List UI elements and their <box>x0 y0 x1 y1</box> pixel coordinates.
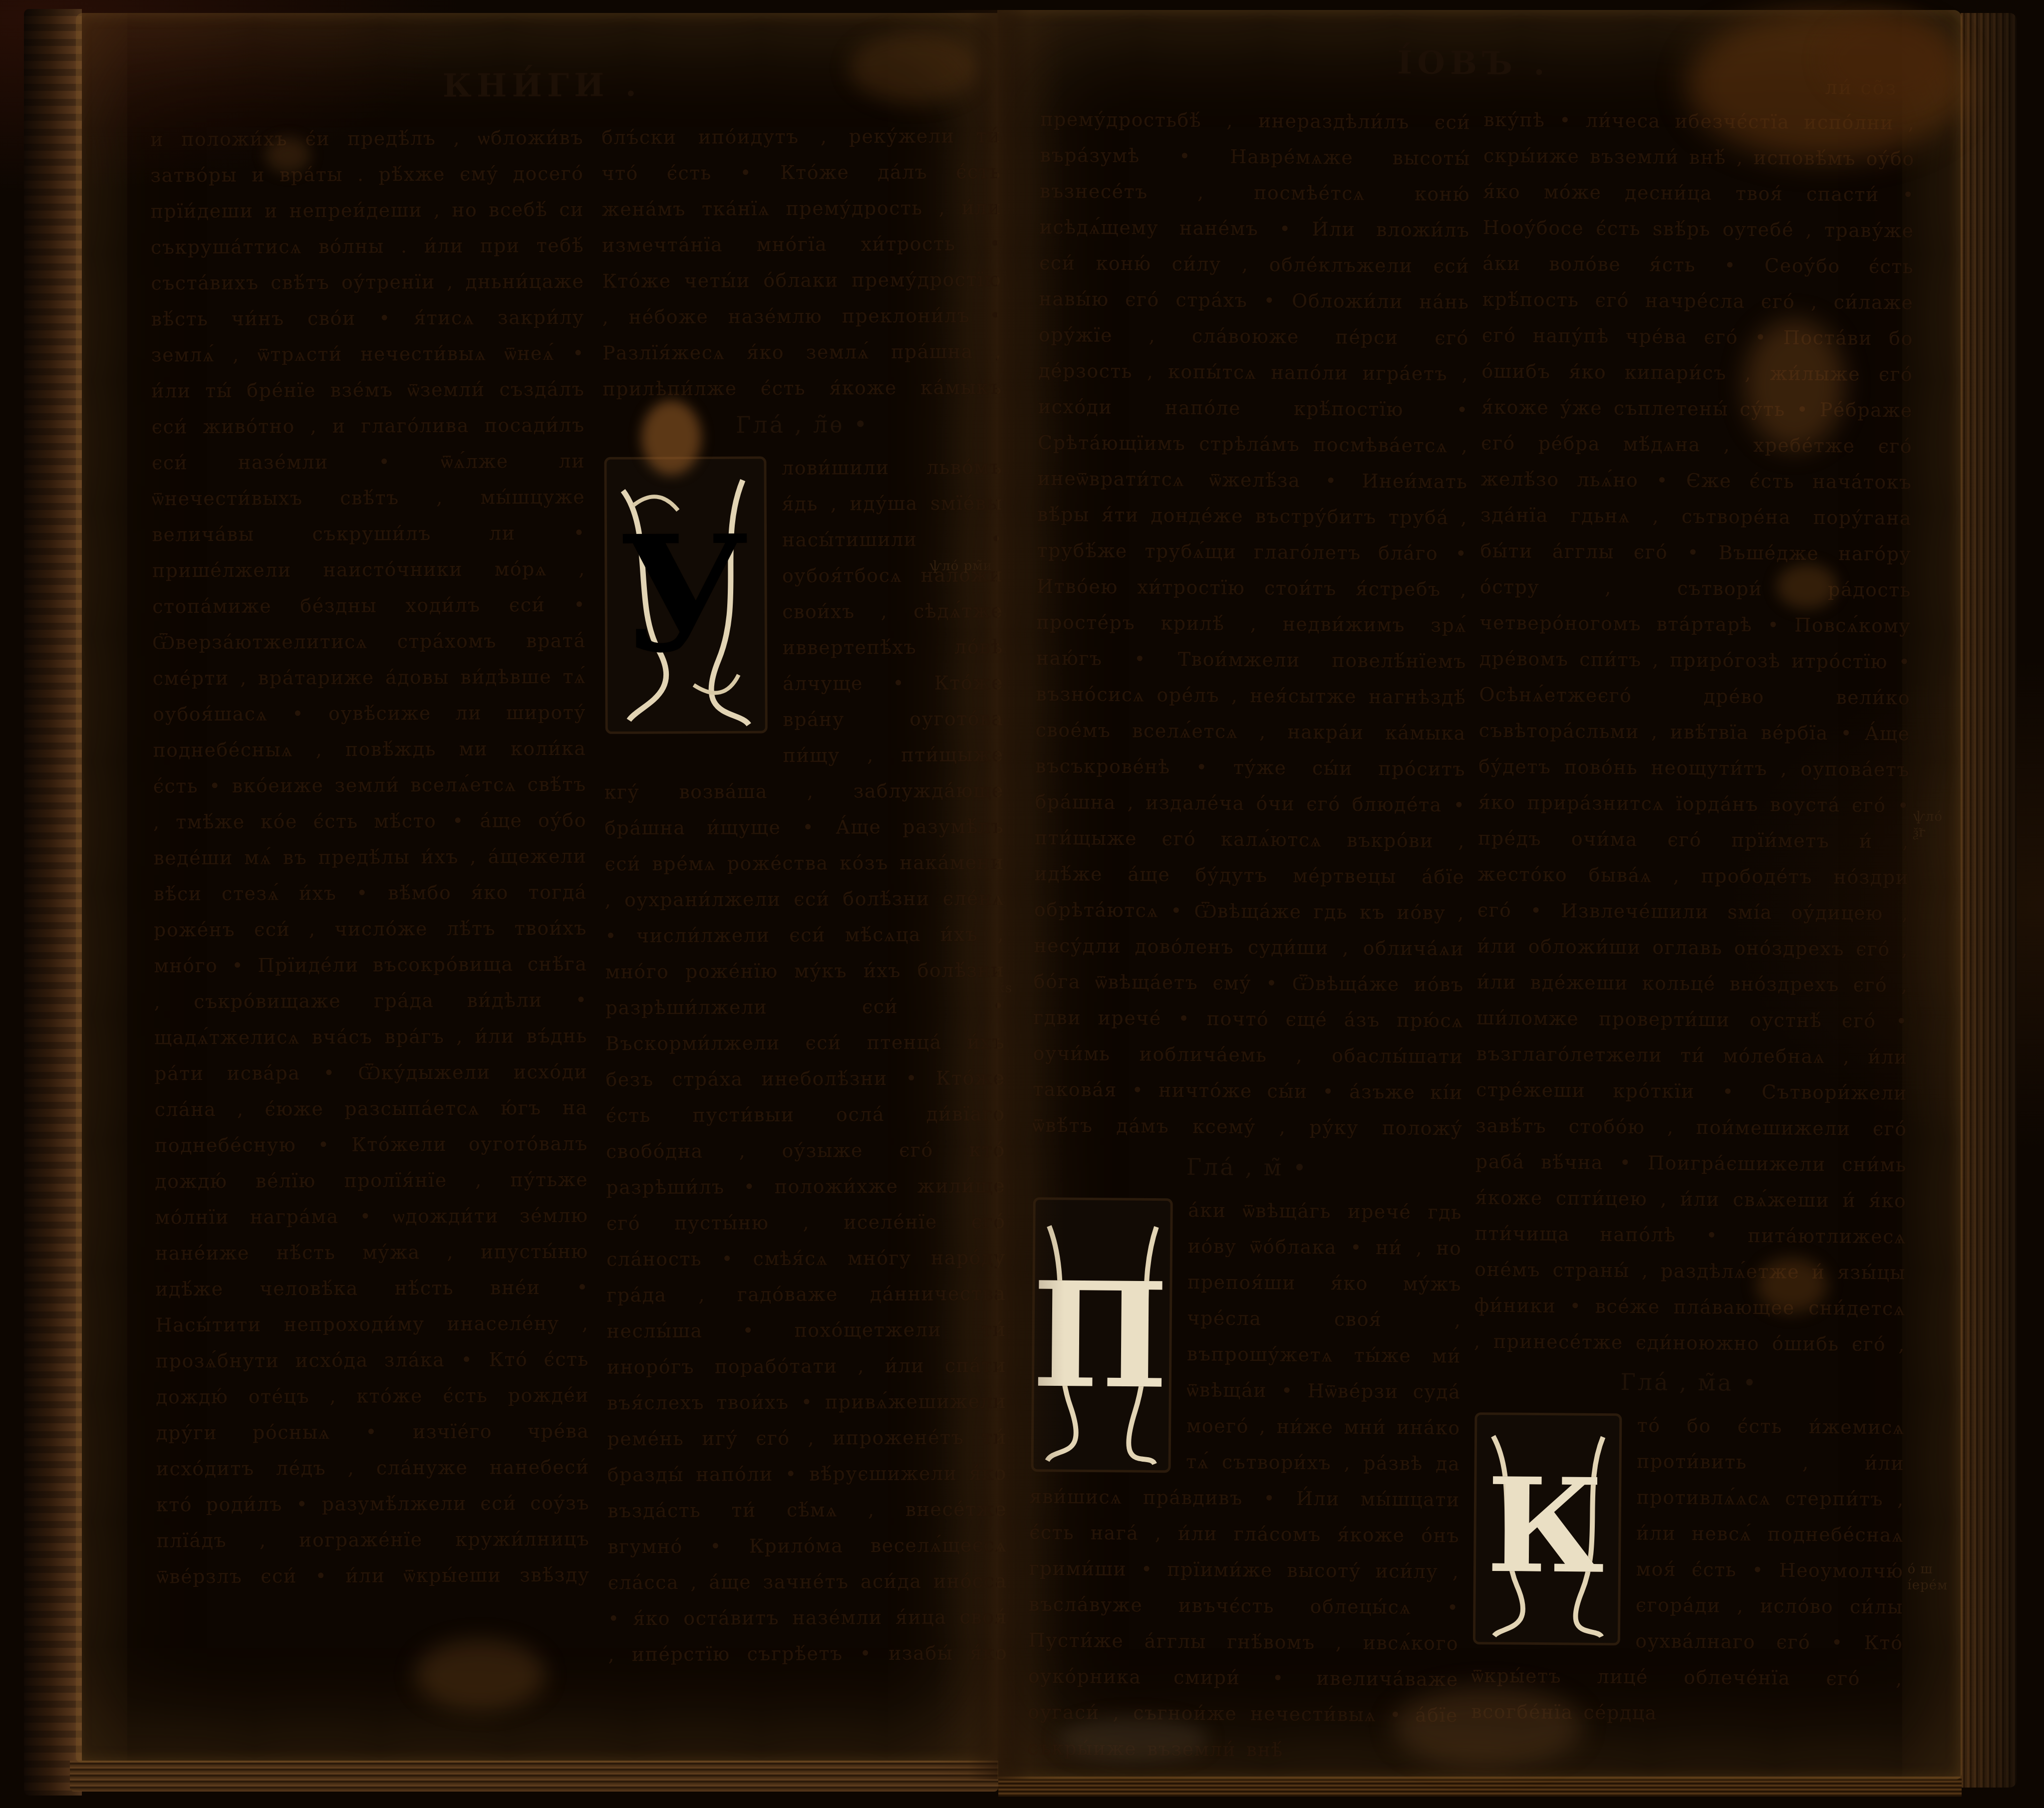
chapter-heading-40: Гла́ , м̃ • <box>1032 1152 1462 1183</box>
right-column-2-lower: К то́ бо є́сть и́жемисѧ проти́вить , и́л… <box>1470 1406 1905 1769</box>
right-page: І́ОВЪ . ли́ со̃з прему́дростьбѣ́ , инера… <box>997 10 1962 1780</box>
margin-note-jeremiah: о́ ш і́ере́м <box>1907 1561 1950 1593</box>
folio-number: ли́ со̃з <box>1825 76 1898 99</box>
right-column-1-upper: прему́дростьбѣ́ , инераздѣли́лъ єси́ вър… <box>1032 101 1470 1147</box>
woodcut-initial-U: У <box>603 455 769 735</box>
right-column-1-lower: П а́ки ѿвѣща́гь ирече́ гдь ио́ву ѿо́блак… <box>1027 1191 1462 1770</box>
book-spine-edge <box>24 9 82 1796</box>
running-header-right: І́ОВЪ . <box>1397 44 1550 82</box>
book-gutter-shadow <box>934 10 1064 1780</box>
page-stack-bottom-left <box>70 1761 998 1792</box>
chapter-heading-41: Гла́ , м̃а • <box>1473 1367 1905 1398</box>
initial-letter-U: У <box>619 501 753 688</box>
right-page-content: І́ОВЪ . ли́ со̃з прему́дростьбѣ́ , инера… <box>983 10 1962 1787</box>
right-column-2-upper: вку́пѣ • ли́чеса ибезчє́стїа испо́лни , … <box>1474 102 1915 1363</box>
page-stack-right-edge <box>1961 13 2017 1788</box>
running-header-left: КНИ́ГИ . <box>442 66 641 105</box>
woodcut-initial-K: К <box>1471 1411 1623 1647</box>
initial-letter-K: К <box>1486 1450 1609 1603</box>
margin-note-psalm-right: ѱло́ ѯ̃г <box>1913 808 1956 841</box>
left-page-content: КНИ́ГИ . и положи́хъ є́и предѣ́лъ , ѡбло… <box>76 11 1005 1765</box>
left-page: КНИ́ГИ . и положи́хъ є́и предѣ́лъ , ѡбло… <box>76 13 997 1763</box>
left-column-1: и положи́хъ є́и предѣ́лъ , ѡбложи́въ зат… <box>150 120 590 1595</box>
